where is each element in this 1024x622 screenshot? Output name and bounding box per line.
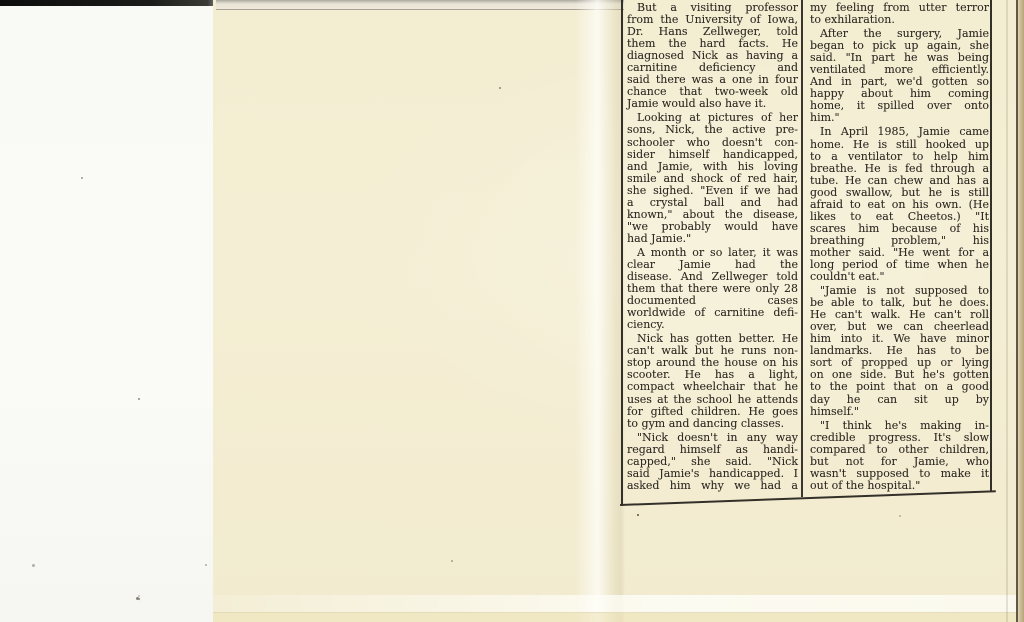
article-line: ciency. bbox=[627, 319, 798, 331]
article-line: to the point that on a good bbox=[810, 381, 989, 393]
article-paragraph: "Nick doesn't in any wayregard himself a… bbox=[627, 432, 798, 492]
page-bottom-fold bbox=[213, 595, 1024, 613]
article-line: regard himself as handi- bbox=[627, 444, 798, 456]
article-line: had Jamie." bbox=[627, 233, 798, 245]
article-line: good swallow, but he is still bbox=[810, 187, 989, 199]
paper-speck bbox=[136, 597, 139, 600]
paper-speck bbox=[81, 177, 83, 179]
article-line: to a ventilator to help him bbox=[810, 151, 989, 163]
article-line: and Jamie, with his loving bbox=[627, 161, 798, 173]
article-line: to gym and dancing classes. bbox=[627, 418, 798, 430]
article-paragraph: "I think he's making in-credible progres… bbox=[810, 420, 989, 492]
page-below-fold-shade bbox=[213, 612, 1024, 622]
article-paragraph: But a visiting professorfrom the Univers… bbox=[627, 2, 798, 110]
article-line: schooler who doesn't con- bbox=[627, 137, 798, 149]
article-line: she sighed. "Even if we had bbox=[627, 185, 798, 197]
article-line: capped," she said. "Nick bbox=[627, 456, 798, 468]
article-paragraph: In April 1985, Jamie camehome. He is sti… bbox=[810, 126, 989, 283]
page-top-torn-edge bbox=[216, 0, 624, 10]
article-line: day he can sit up by bbox=[810, 394, 989, 406]
article-column-1: But a visiting professorfrom the Univers… bbox=[627, 2, 798, 494]
article-line: In April 1985, Jamie came bbox=[810, 126, 989, 138]
article-line: sider himself handicapped, bbox=[627, 149, 798, 161]
album-binding-edge bbox=[1018, 0, 1024, 622]
article-line: asked him why we had a bbox=[627, 480, 798, 492]
scanner-background-strip bbox=[0, 0, 216, 6]
article-line: couldn't eat." bbox=[810, 271, 989, 283]
article-paragraph: "Jamie is not supposed tobe able to talk… bbox=[810, 285, 989, 418]
page-right-crease bbox=[1006, 0, 1008, 622]
article-line: him." bbox=[810, 112, 989, 124]
clipping-border-right bbox=[990, 0, 992, 492]
page-gutter-crease bbox=[575, 0, 625, 622]
article-line: "I think he's making in- bbox=[810, 420, 989, 432]
article-line: himself." bbox=[810, 406, 989, 418]
article-line: home. He is still hooked up bbox=[810, 139, 989, 151]
article-line: but not for Jamie, who bbox=[810, 456, 989, 468]
paper-speck bbox=[637, 514, 639, 516]
article-line: to exhilaration. bbox=[810, 14, 989, 26]
article-paragraph: A month or so later, it wasclear Jamie h… bbox=[627, 247, 798, 331]
article-line: afraid to eat on his own. (He bbox=[810, 199, 989, 211]
article-column-2: my feeling from utter terrorto exhilarat… bbox=[810, 2, 989, 494]
left-album-page bbox=[0, 0, 216, 622]
article-line: Jamie would also have it. bbox=[627, 98, 798, 110]
article-line: breathe. He is fed through a bbox=[810, 163, 989, 175]
article-line: compact wheelchair that he bbox=[627, 381, 798, 393]
article-line: compared to other children, bbox=[810, 444, 989, 456]
article-paragraph: Looking at pictures of hersons, Nick, th… bbox=[627, 112, 798, 245]
article-paragraph: my feeling from utter terrorto exhilarat… bbox=[810, 2, 989, 26]
clipping-border-left bbox=[621, 0, 623, 506]
article-line: tube. He can chew and has a bbox=[810, 175, 989, 187]
article-line: a crystal ball and had bbox=[627, 197, 798, 209]
clipping-column-divider bbox=[801, 0, 803, 497]
scrapbook-scan: But a visiting professorfrom the Univers… bbox=[0, 0, 1024, 622]
article-line: credible progress. It's slow bbox=[810, 432, 989, 444]
article-line: smile and shock of red hair, bbox=[627, 173, 798, 185]
article-line: uses at the school he attends bbox=[627, 394, 798, 406]
article-line: out of the hospital." bbox=[810, 480, 989, 492]
article-line: "Nick doesn't in any way bbox=[627, 432, 798, 444]
article-paragraph: After the surgery, Jamiebegan to pick up… bbox=[810, 28, 989, 124]
article-line: sons, Nick, the active pre- bbox=[627, 124, 798, 136]
article-line: for gifted children. He goes bbox=[627, 406, 798, 418]
article-paragraph: Nick has gotten better. Hecan't walk but… bbox=[627, 333, 798, 429]
